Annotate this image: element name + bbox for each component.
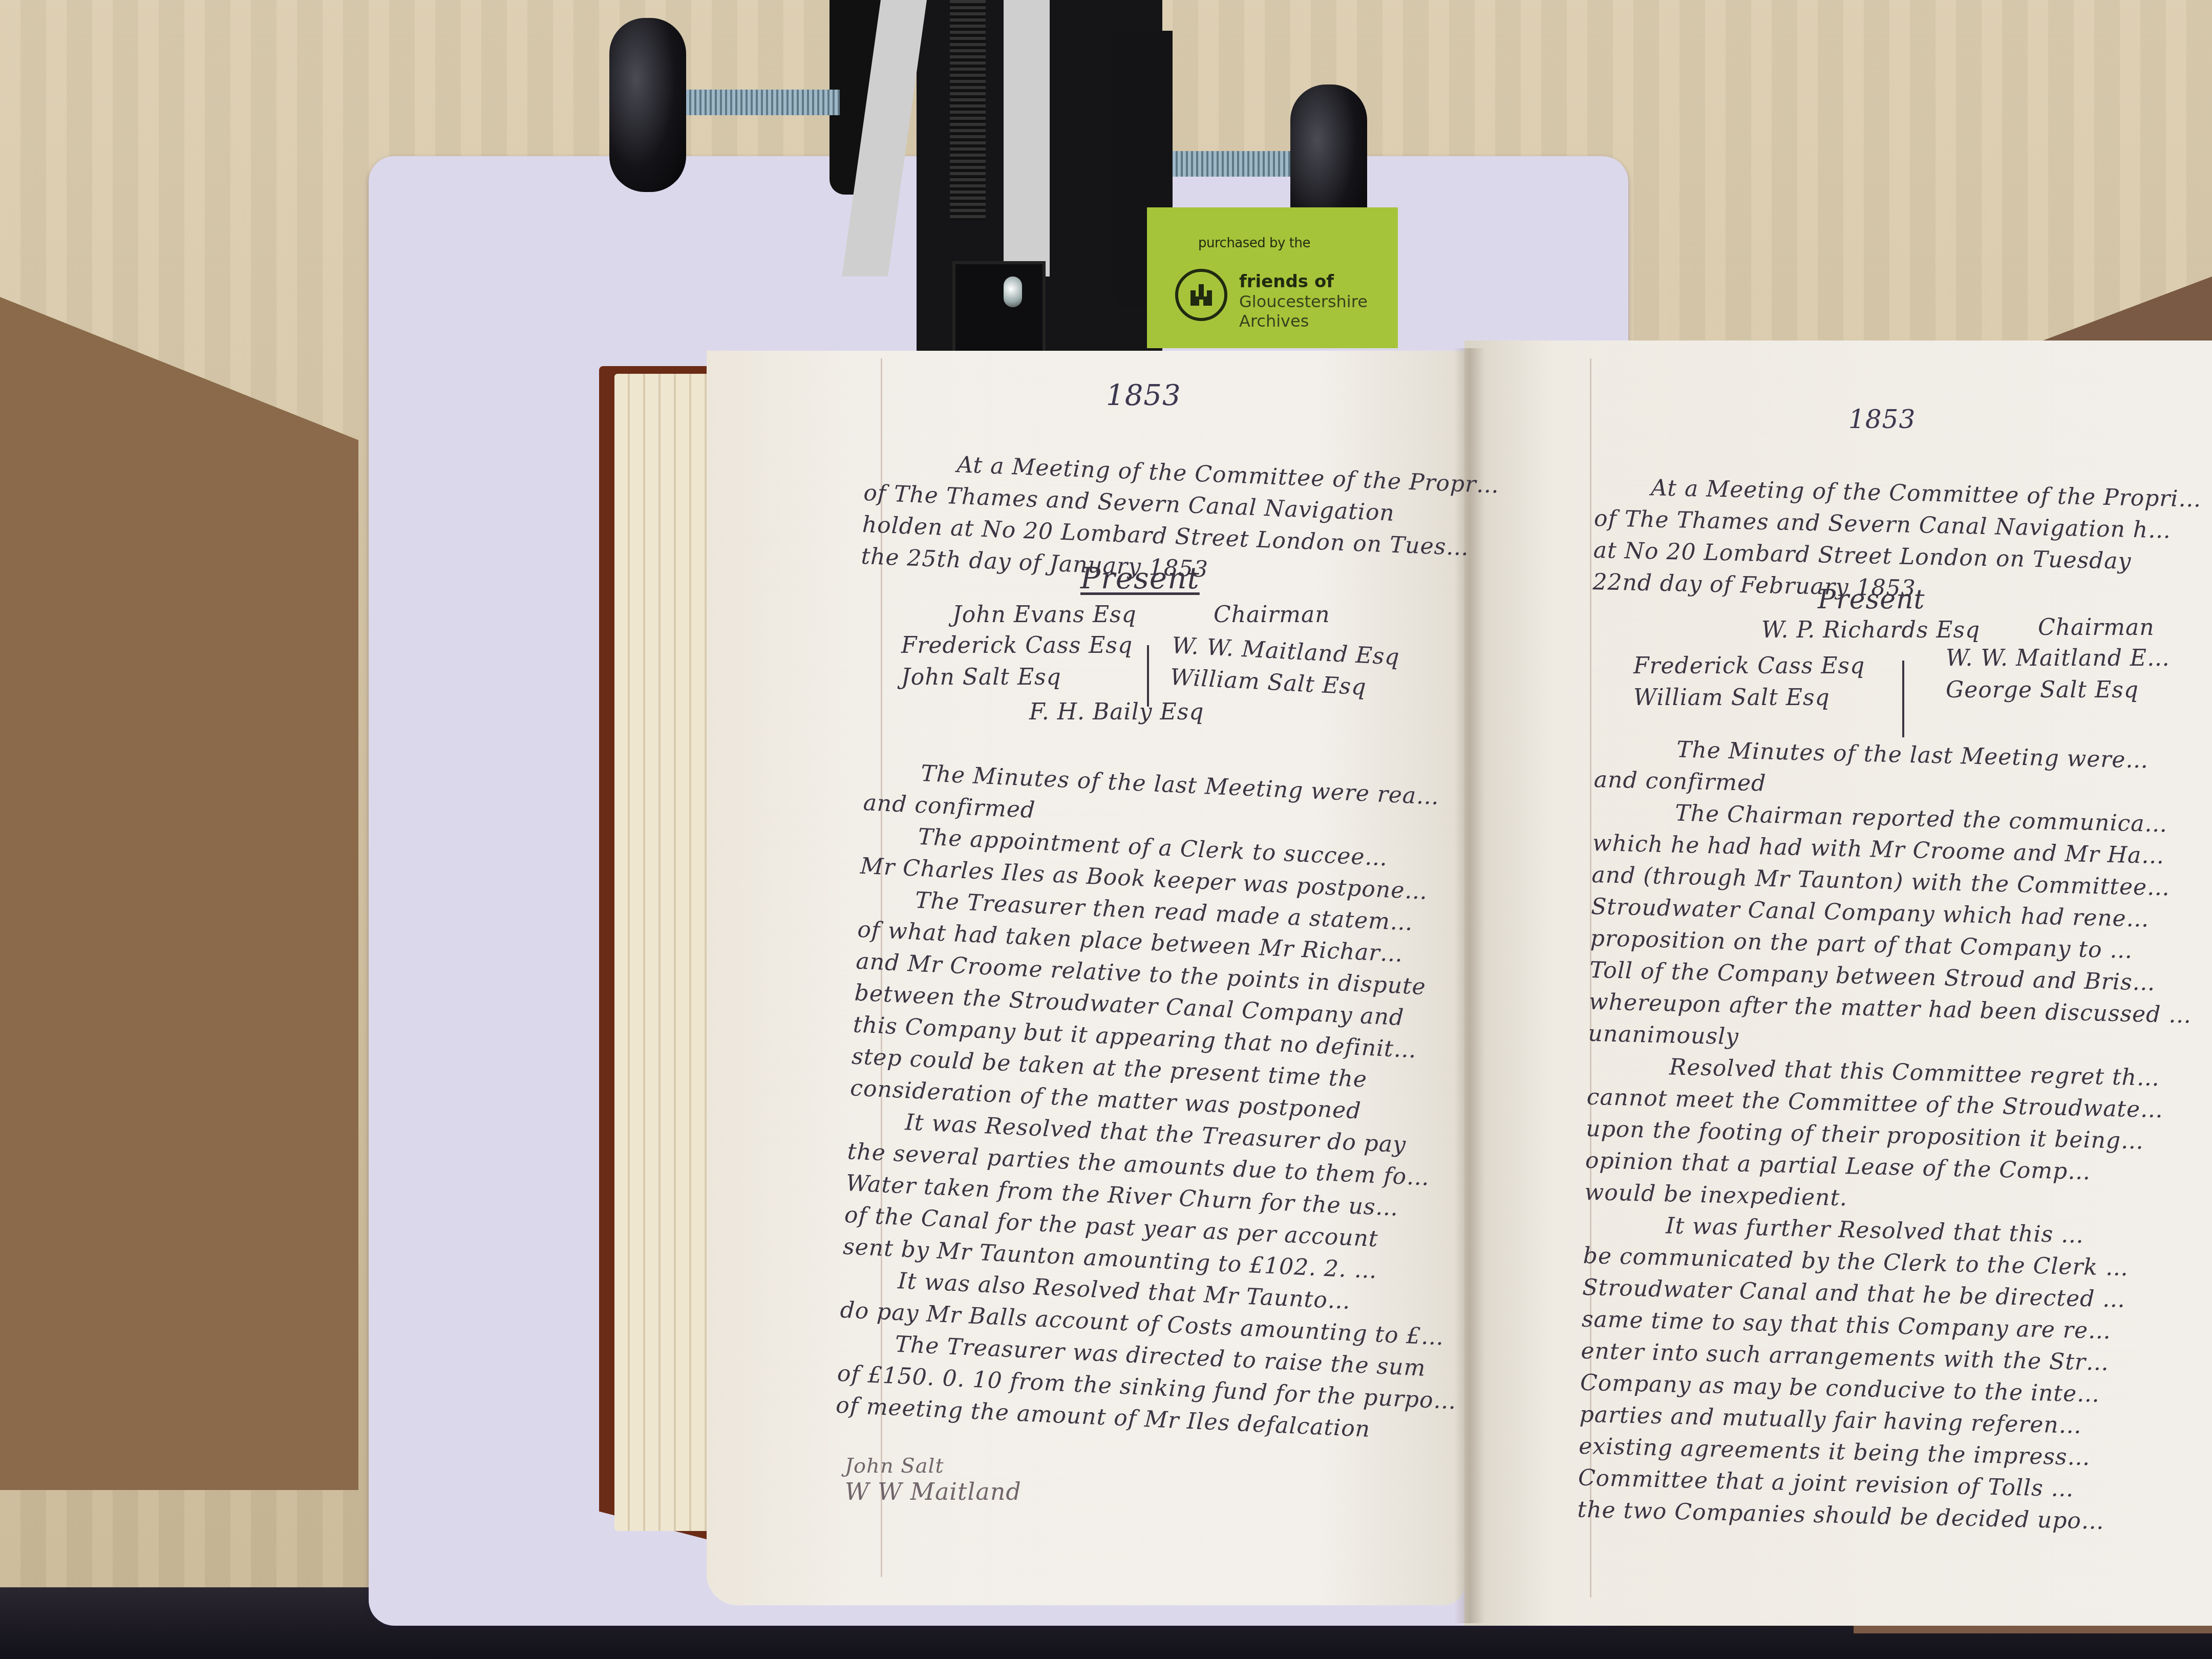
signature: John Salt bbox=[845, 1454, 1022, 1478]
member-name: George Salt Esq bbox=[1946, 674, 2170, 706]
stand-rack-gear bbox=[950, 0, 986, 220]
left-signatures: John Salt W W Maitland bbox=[845, 1454, 1022, 1505]
member-name: John Salt Esq bbox=[901, 662, 1133, 693]
left-chairman-role: Chairman bbox=[1214, 599, 1330, 631]
label-purchased-text: purchased by the bbox=[1198, 236, 1310, 251]
right-page-year: 1853 bbox=[1848, 405, 1916, 434]
stand-screw-icon bbox=[1004, 276, 1022, 307]
right-chairman-name: W. P. Richards Esq bbox=[1761, 614, 1980, 646]
label-line-friends-of: friends of bbox=[1239, 271, 1334, 292]
left-page-year: 1853 bbox=[1106, 379, 1181, 412]
brown-board-left bbox=[0, 297, 358, 1490]
right-members-left: Frederick Cass Esq William Salt Esq bbox=[1633, 650, 1865, 714]
present-divider bbox=[1902, 661, 1904, 737]
left-present-label: Present bbox=[1080, 561, 1200, 595]
signature: W W Maitland bbox=[845, 1478, 1022, 1505]
member-name: Frederick Cass Esq bbox=[1633, 650, 1865, 682]
member-name: Frederick Cass Esq bbox=[901, 630, 1133, 662]
threaded-rod-left bbox=[686, 90, 840, 115]
label-line-gloucestershire: Gloucestershire bbox=[1239, 292, 1368, 311]
right-chairman-role: Chairman bbox=[2038, 612, 2155, 644]
left-body: The Minutes of the last Meeting were rea… bbox=[835, 755, 1484, 1450]
left-members-right: W. W. Maitland Esq William Salt Esq bbox=[1169, 630, 1401, 705]
right-present-label: Present bbox=[1818, 584, 1925, 615]
threaded-rod-right bbox=[1173, 151, 1301, 177]
left-chairman-name: John Evans Esq bbox=[952, 599, 1137, 631]
member-name: William Salt Esq bbox=[1633, 682, 1865, 714]
left-members-left: Frederick Cass Esq John Salt Esq bbox=[901, 630, 1133, 693]
left-member-bottom: F. H. Baily Esq bbox=[1029, 696, 1204, 728]
castle-seal-icon bbox=[1175, 269, 1227, 321]
right-body: The Minutes of the last Meeting were… an… bbox=[1577, 732, 2198, 1539]
adjustment-knob-left[interactable] bbox=[609, 18, 686, 192]
member-name: W. W. Maitland E… bbox=[1946, 643, 2170, 674]
friends-archives-label: purchased by the friends of Gloucestersh… bbox=[1147, 207, 1398, 348]
label-line-archives: Archives bbox=[1239, 311, 1309, 331]
stand-rail bbox=[1004, 0, 1050, 276]
right-members-right: W. W. Maitland E… George Salt Esq bbox=[1946, 643, 2170, 706]
